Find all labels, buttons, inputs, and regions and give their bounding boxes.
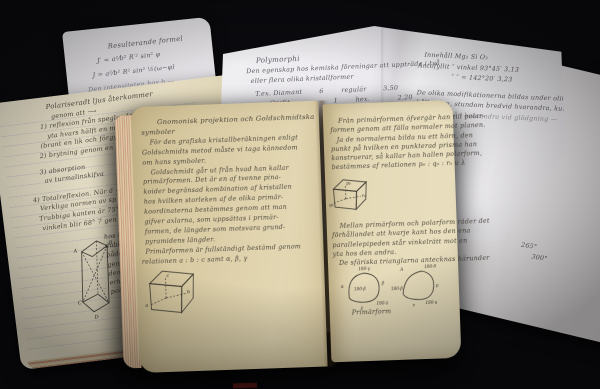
angle-label: α (341, 284, 344, 289)
axis-label: a (145, 303, 148, 309)
crystal-cube-diagram: c a b (140, 263, 202, 321)
notebook-front: Gnomonisk projektion och Goldschmidtska … (100, 96, 461, 374)
prism-label: C (78, 300, 83, 306)
angle-label: β (381, 280, 385, 285)
prism-label: A (72, 248, 78, 255)
diagram-caption: Primärform (352, 308, 392, 316)
angle-label: 180-β (354, 286, 367, 291)
axis-label: b (187, 289, 190, 295)
angle-label: 180-δ (424, 264, 437, 269)
page-right: Från primärformen öfvergår han till pola… (322, 100, 461, 362)
handwriting-block: Från primärformen öfvergår han till pola… (330, 112, 487, 173)
axis-label: p₀ (346, 182, 351, 187)
crystal-cube-diagram: p₀ q₀ r₀ (327, 175, 372, 217)
angle-label: A (399, 267, 403, 272)
page-left: Gnomonisk projektion och Goldschmidtska … (130, 101, 327, 373)
spherical-triangle-diagrams: 180-γ α β 180-β γ 180-λ A 180-δ 180-β μ … (338, 262, 444, 312)
angle-label: 180-γ (358, 266, 371, 271)
axis-label: r₀ (362, 194, 366, 199)
photograph-of-notebooks: Resulterande formel J′ = a²⁄b² R′² sin² … (0, 0, 600, 389)
axis-label: c (166, 273, 169, 279)
angle-label: 180-β (391, 286, 404, 291)
handwriting-block: Gnomonisk projektion och Goldschmidtska … (141, 113, 320, 268)
angle-label: 180-λ (376, 300, 389, 305)
angle-value: 300° (530, 253, 548, 266)
axis-label: q₀ (329, 203, 334, 208)
prism-label: D (93, 314, 99, 321)
red-cover-edge (233, 383, 257, 389)
angle-label: v (412, 302, 415, 307)
handwriting-block: Mellan primärform och polarform råder de… (332, 217, 492, 269)
angle-label: μ (436, 283, 439, 288)
angle-label: 180-a (425, 300, 438, 305)
